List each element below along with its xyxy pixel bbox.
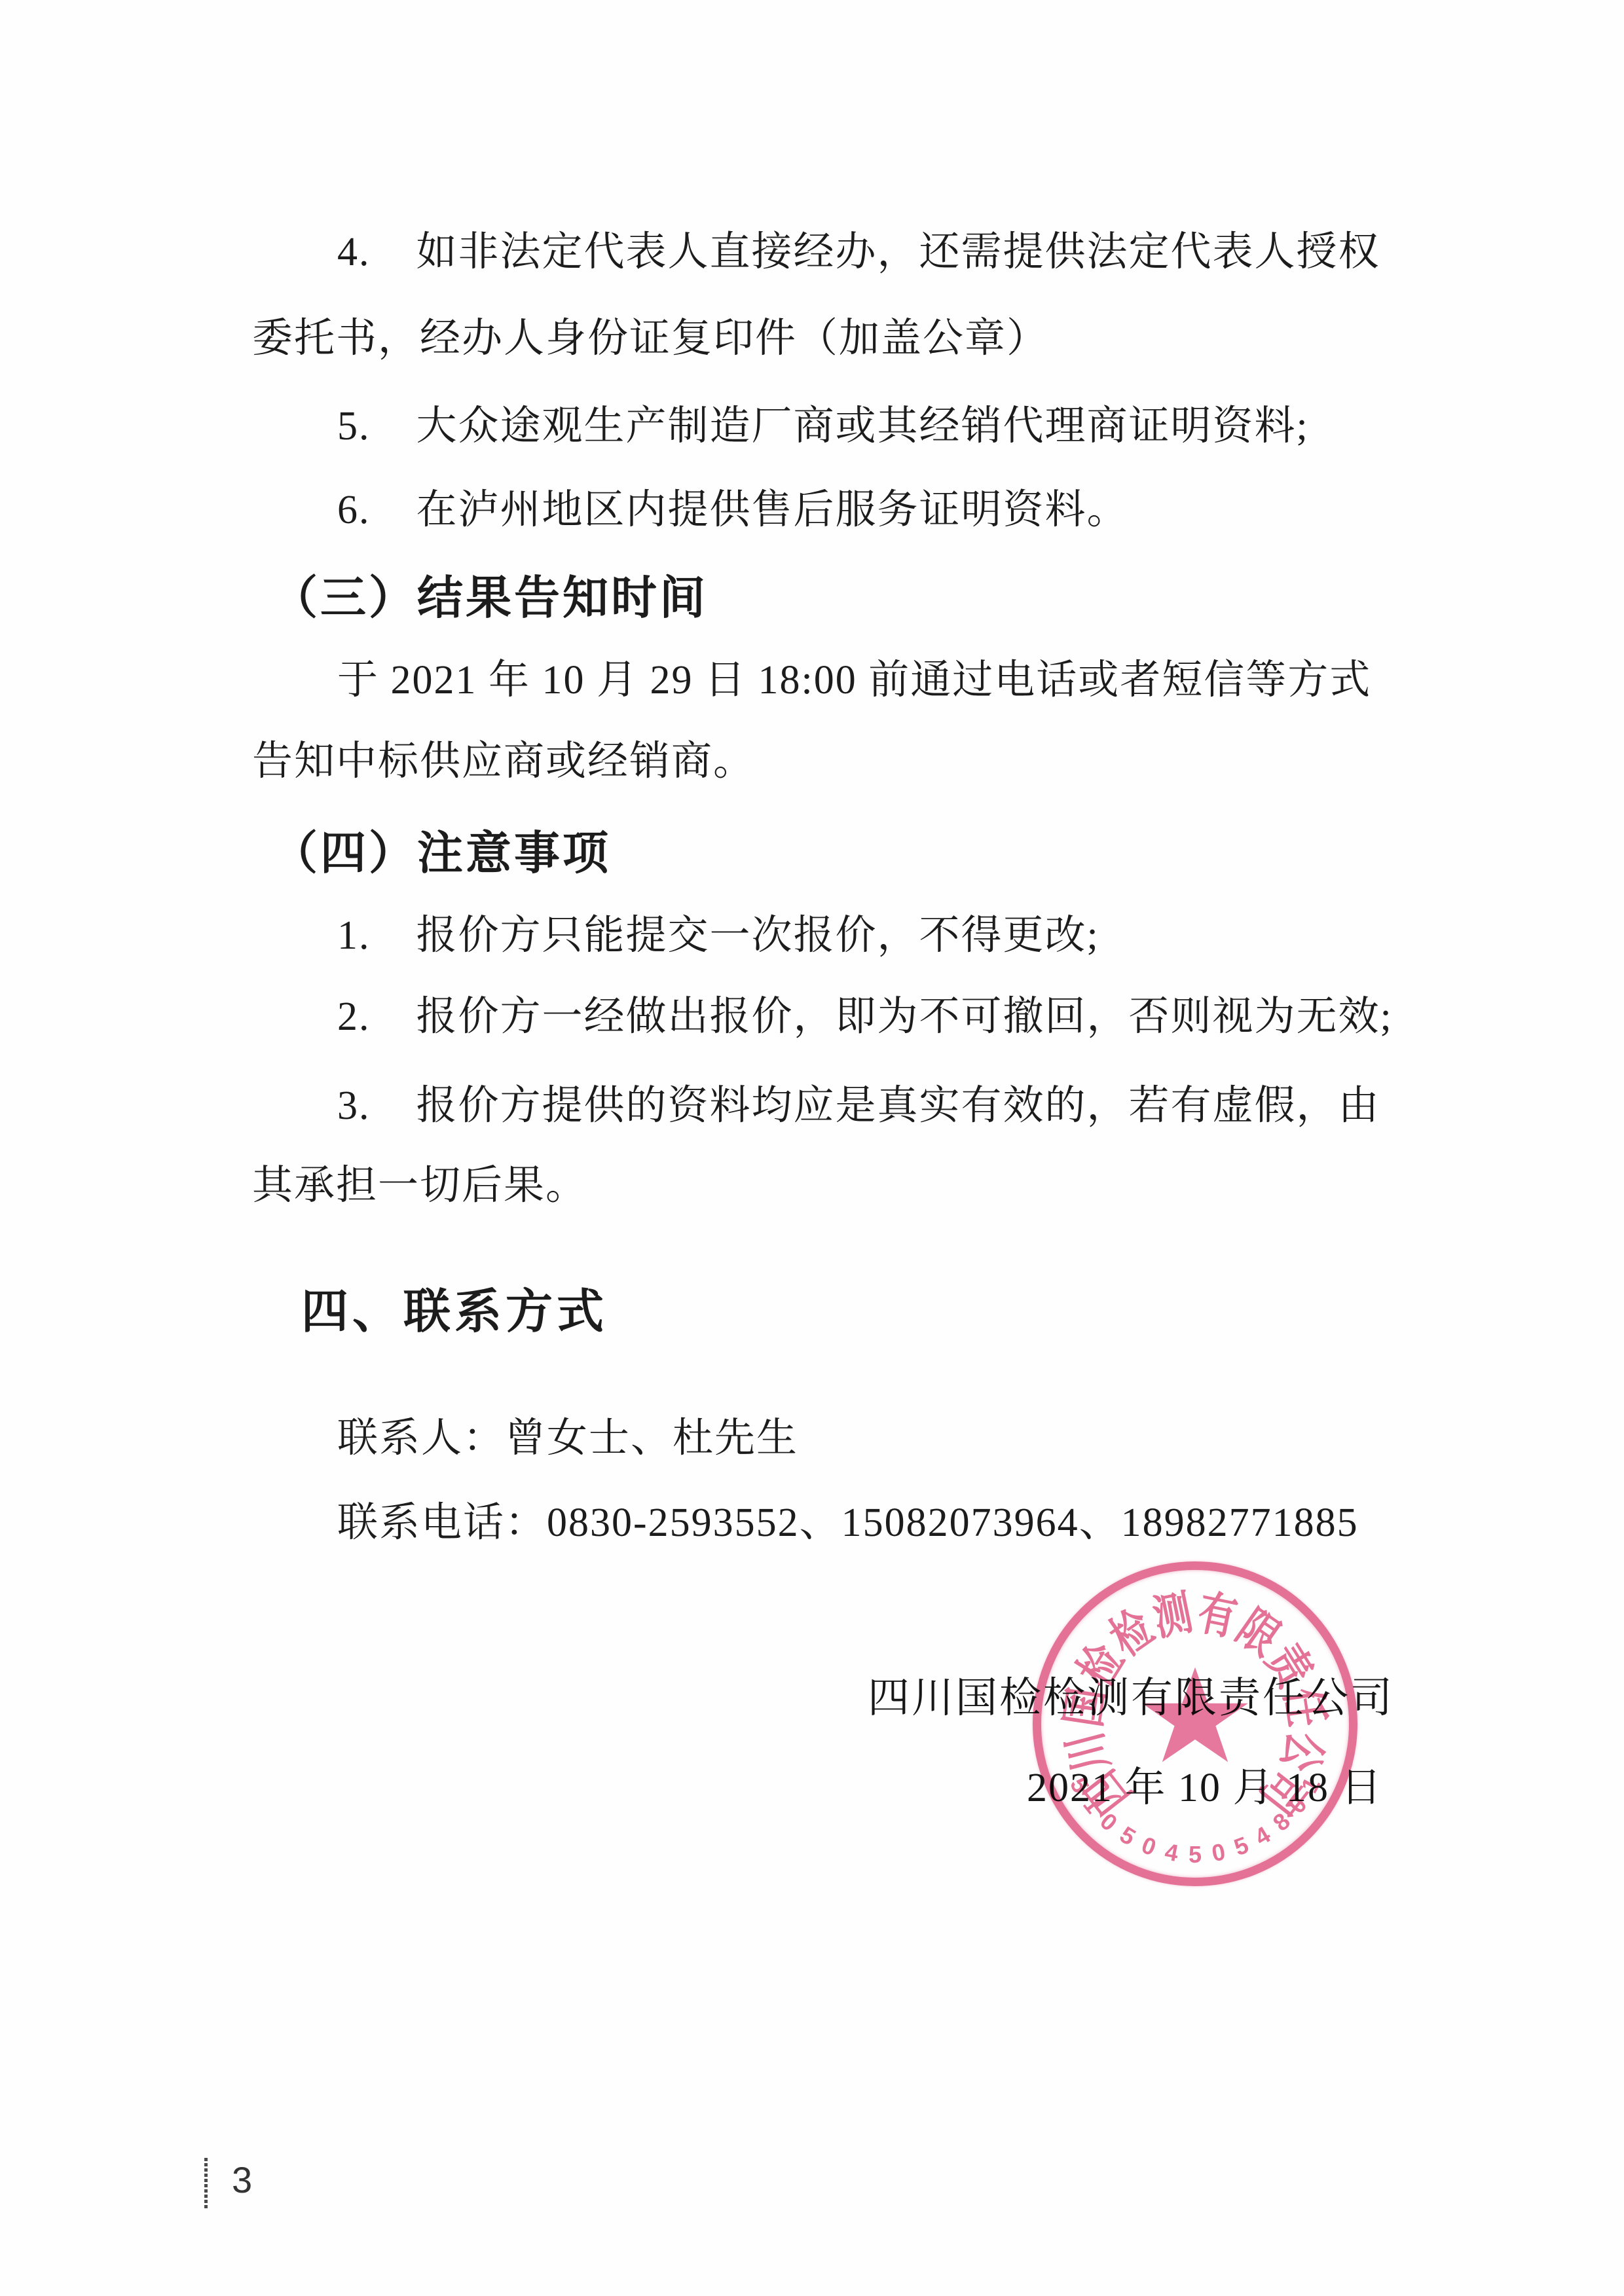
text-line: 于 2021 年 10 月 29 日 18:00 前通过电话或者短信等方式 xyxy=(337,660,1371,701)
heading-line: （四）注意事项 xyxy=(272,830,611,876)
text-line: 2. 报价方一经做出报价，即为不可撤回，否则视为无效; xyxy=(337,996,1393,1037)
text-line: 5. 大众途观生产制造厂商或其经销代理商证明资料; xyxy=(337,406,1309,446)
seal-ring-char: 任 xyxy=(1278,1685,1330,1730)
text-line: 3. 报价方提供的资料均应是真实有效的，若有虚假，由 xyxy=(337,1085,1380,1126)
seal-ring-char: 国 xyxy=(1060,1685,1113,1730)
company-seal-stamp: 四川国检检测有限责任公司 5105045054801 xyxy=(1033,1561,1357,1886)
seal-serial-digit: 5 xyxy=(1189,1843,1202,1867)
text-line: 委托书，经办人身份证复印件（加盖公章） xyxy=(252,318,1048,359)
heading-line: （三）结果告知时间 xyxy=(272,575,708,621)
page-number: 3 xyxy=(232,2162,252,2198)
heading-line: 四、联系方式 xyxy=(301,1288,608,1336)
document-page: 4. 如非法定代表人直接经办，还需提供法定代表人授权委托书，经办人身份证复印件（… xyxy=(0,0,1624,2296)
text-line: 联系人：曾女士、杜先生 xyxy=(337,1418,798,1459)
text-line: 其承担一切后果。 xyxy=(252,1165,587,1206)
text-line: 联系电话：0830-2593552、15082073964、1898277188… xyxy=(337,1503,1359,1543)
text-line: 4. 如非法定代表人直接经办，还需提供法定代表人授权 xyxy=(337,232,1380,272)
text-line: 6. 在泸州地区内提供售后服务证明资料。 xyxy=(337,490,1129,530)
text-line: 1. 报价方只能提交一次报价，不得更改; xyxy=(337,915,1099,956)
page-number-divider xyxy=(204,2158,208,2209)
text-line: 告知中标供应商或经销商。 xyxy=(252,741,755,782)
